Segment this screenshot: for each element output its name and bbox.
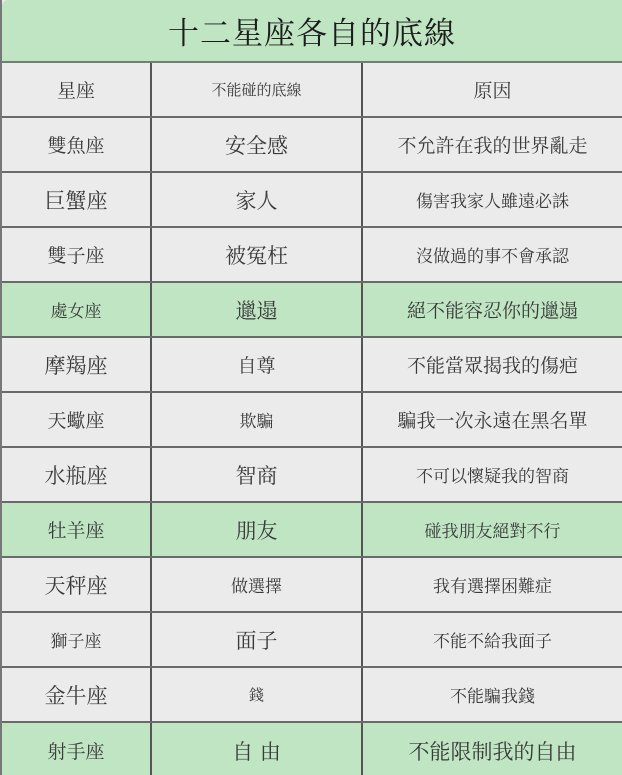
zodiac-bottom-line-table-card: 十二星座各自的底線 星座 不能碰的底線 原因 雙魚座 安全感 不允許在我的世界亂… [0, 0, 622, 775]
table-row: 天蠍座 欺騙 騙我一次永遠在黑名單 [2, 392, 622, 447]
table-row: 水瓶座 智商 不可以懷疑我的智商 [2, 447, 622, 502]
cell-reason: 不能騙我錢 [362, 667, 622, 722]
table-row: 雙魚座 安全感 不允許在我的世界亂走 [2, 117, 622, 172]
table-row-highlighted: 牡羊座 朋友 碰我朋友絕對不行 [2, 502, 622, 557]
cell-bottom-line: 自 由 [151, 722, 362, 775]
cell-reason: 騙我一次永遠在黑名單 [362, 392, 622, 447]
cell-bottom-line: 被冤枉 [151, 227, 362, 282]
cell-sign: 巨蟹座 [2, 172, 151, 227]
cell-sign: 牡羊座 [2, 502, 151, 557]
zodiac-table: 星座 不能碰的底線 原因 雙魚座 安全感 不允許在我的世界亂走 巨蟹座 家人 傷… [2, 63, 622, 775]
cell-sign: 天秤座 [2, 557, 151, 612]
table-row: 金牛座 錢 不能騙我錢 [2, 667, 622, 722]
cell-sign: 處女座 [2, 282, 151, 337]
cell-reason: 絕不能容忍你的邋遢 [362, 282, 622, 337]
table-row: 摩羯座 自尊 不能當眾揭我的傷疤 [2, 337, 622, 392]
cell-reason: 傷害我家人雖遠必誅 [362, 172, 622, 227]
cell-sign: 獅子座 [2, 612, 151, 667]
cell-sign: 雙魚座 [2, 117, 151, 172]
cell-bottom-line: 自尊 [151, 337, 362, 392]
header-bottom-line: 不能碰的底線 [151, 63, 362, 117]
cell-reason: 我有選擇困難症 [362, 557, 622, 612]
table-row-highlighted: 射手座 自 由 不能限制我的自由 [2, 722, 622, 775]
cell-reason: 不能當眾揭我的傷疤 [362, 337, 622, 392]
header-row: 星座 不能碰的底線 原因 [2, 63, 622, 117]
cell-reason: 碰我朋友絕對不行 [362, 502, 622, 557]
cell-reason: 不能不給我面子 [362, 612, 622, 667]
cell-bottom-line: 面子 [151, 612, 362, 667]
cell-bottom-line: 朋友 [151, 502, 362, 557]
table-row: 獅子座 面子 不能不給我面子 [2, 612, 622, 667]
cell-bottom-line: 安全感 [151, 117, 362, 172]
table-title: 十二星座各自的底線 [2, 0, 622, 63]
header-sign: 星座 [2, 63, 151, 117]
table-row: 巨蟹座 家人 傷害我家人雖遠必誅 [2, 172, 622, 227]
table-row: 雙子座 被冤枉 沒做過的事不會承認 [2, 227, 622, 282]
cell-bottom-line: 家人 [151, 172, 362, 227]
cell-sign: 水瓶座 [2, 447, 151, 502]
cell-bottom-line: 邋遢 [151, 282, 362, 337]
cell-sign: 摩羯座 [2, 337, 151, 392]
cell-reason: 不允許在我的世界亂走 [362, 117, 622, 172]
cell-reason: 不能限制我的自由 [362, 722, 622, 775]
cell-reason: 沒做過的事不會承認 [362, 227, 622, 282]
cell-sign: 射手座 [2, 722, 151, 775]
header-reason: 原因 [362, 63, 622, 117]
table-row: 天秤座 做選擇 我有選擇困難症 [2, 557, 622, 612]
cell-sign: 天蠍座 [2, 392, 151, 447]
cell-bottom-line: 錢 [151, 667, 362, 722]
cell-bottom-line: 欺騙 [151, 392, 362, 447]
cell-sign: 金牛座 [2, 667, 151, 722]
table-row-highlighted: 處女座 邋遢 絕不能容忍你的邋遢 [2, 282, 622, 337]
cell-bottom-line: 智商 [151, 447, 362, 502]
cell-bottom-line: 做選擇 [151, 557, 362, 612]
cell-sign: 雙子座 [2, 227, 151, 282]
cell-reason: 不可以懷疑我的智商 [362, 447, 622, 502]
